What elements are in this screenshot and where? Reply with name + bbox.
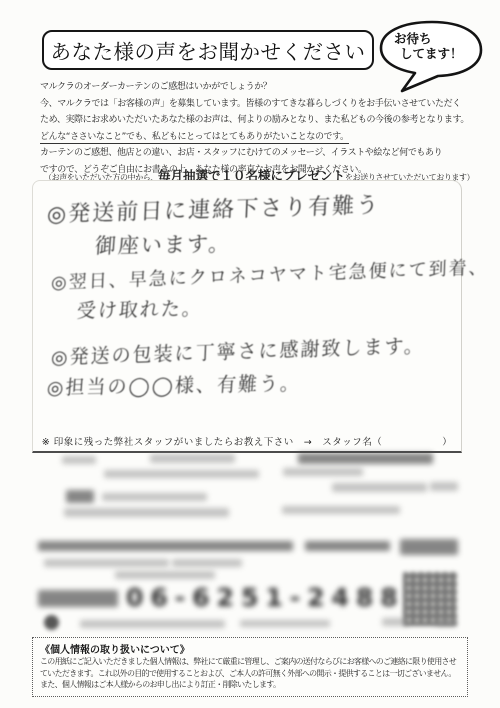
scanned-feedback-form: あなた様の声をお聞かせください お待ち してます！ マルクラのオーダーカーテンの… [0, 0, 500, 708]
redacted-blur-bar [172, 559, 242, 567]
handwriting-line: 御座います。 [94, 228, 232, 260]
privacy-line: この用紙にご記入いただきました個人情報は、弊社にて厳重に管理し、ご案内の送付なら… [40, 656, 460, 668]
redacted-blur-bar [282, 506, 400, 514]
intro-line: ため、実際にお求めいただいたあなた様のお声は、何よりの励みとなり、また私どもの今… [40, 112, 470, 129]
speech-bubble-text: お待ち してます！ [394, 31, 474, 61]
privacy-heading: 《個人情報の取り扱いについて》 [40, 641, 460, 656]
redacted-blur-bar [38, 541, 293, 551]
redacted-phone-prefix [38, 590, 118, 607]
redacted-blur-bar [44, 559, 169, 567]
redacted-blur-bar [305, 541, 390, 551]
redacted-blur-bar [80, 620, 225, 628]
bubble-line-1: お待ち [394, 31, 474, 46]
privacy-line: ていただきます。これ以外の目的で使用することおよび、ご本人の許可無く外部への開示… [40, 668, 460, 680]
handwriting-line: ◎担当の◯◯様、有難う。 [46, 369, 302, 400]
intro-line: マルクラのオーダーカーテンのご感想はいかがでしょうか？ [40, 79, 470, 96]
redacted-blur-bar [104, 470, 259, 478]
shop-phone-number-blurred: 06-6251-2488 [126, 583, 405, 612]
shop-logo-dot-blurred [44, 615, 59, 630]
handwriting-line: ◎発送前日に連絡下さり有難う [46, 188, 380, 228]
redacted-blur-bar [62, 456, 96, 464]
staff-name-note: ※ 印象に残った弊社スタッフがいましたらお教え下さい → スタッフ名（ ） [33, 434, 461, 448]
intro-line-underlined: どんな“ささいなこと”でも、私どもにとってはとてもありがたいことなのです。 [40, 129, 470, 146]
redacted-blur-bar [64, 508, 229, 517]
privacy-policy-box: 《個人情報の取り扱いについて》 この用紙にご記入いただきました個人情報は、弊社に… [32, 637, 468, 697]
redacted-blur-bar [283, 468, 363, 476]
page-title: あなた様の声をお聞かせください [51, 35, 366, 65]
redacted-blur-bar [382, 618, 408, 626]
redacted-blur-bar [436, 618, 456, 626]
handwriting-line: 受け取れた。 [76, 294, 204, 324]
redacted-blur-bar [66, 490, 94, 503]
intro-line: カーテンのご感想、他店との違い、お店・スタッフにむけてのメッセージ、イラストや絵… [40, 145, 470, 162]
intro-paragraph: マルクラのオーダーカーテンのご感想はいかがでしょうか？ 今、マルクラでは「お客様… [40, 79, 470, 178]
handwriting-line: ◎発送の包装に丁寧さに感謝致します。 [51, 331, 426, 370]
feedback-writing-box: ◎発送前日に連絡下さり有難う 御座います。 ◎翌日、早急にクロネコヤマト宅急便に… [32, 180, 462, 453]
redacted-blur-bar [150, 454, 235, 463]
redacted-blur-bar [332, 483, 427, 492]
bubble-line-2: してます！ [394, 46, 474, 61]
redacted-logo-block [400, 539, 458, 555]
intro-line: 今、マルクラでは「お客様の声」を募集しています。皆様のすてきな暮らしづくりをお手… [40, 96, 470, 113]
redacted-blur-bar [240, 620, 330, 627]
redacted-blur-bar [115, 571, 215, 579]
redacted-blur-bar [102, 493, 207, 501]
privacy-line: また、個人情報はご本人様からのお申し出により訂正・削除いたします。 [40, 679, 460, 691]
redacted-blur-bar [298, 453, 433, 464]
redacted-blur-bar [430, 482, 458, 491]
form-title-box: あなた様の声をお聞かせください [42, 30, 374, 70]
